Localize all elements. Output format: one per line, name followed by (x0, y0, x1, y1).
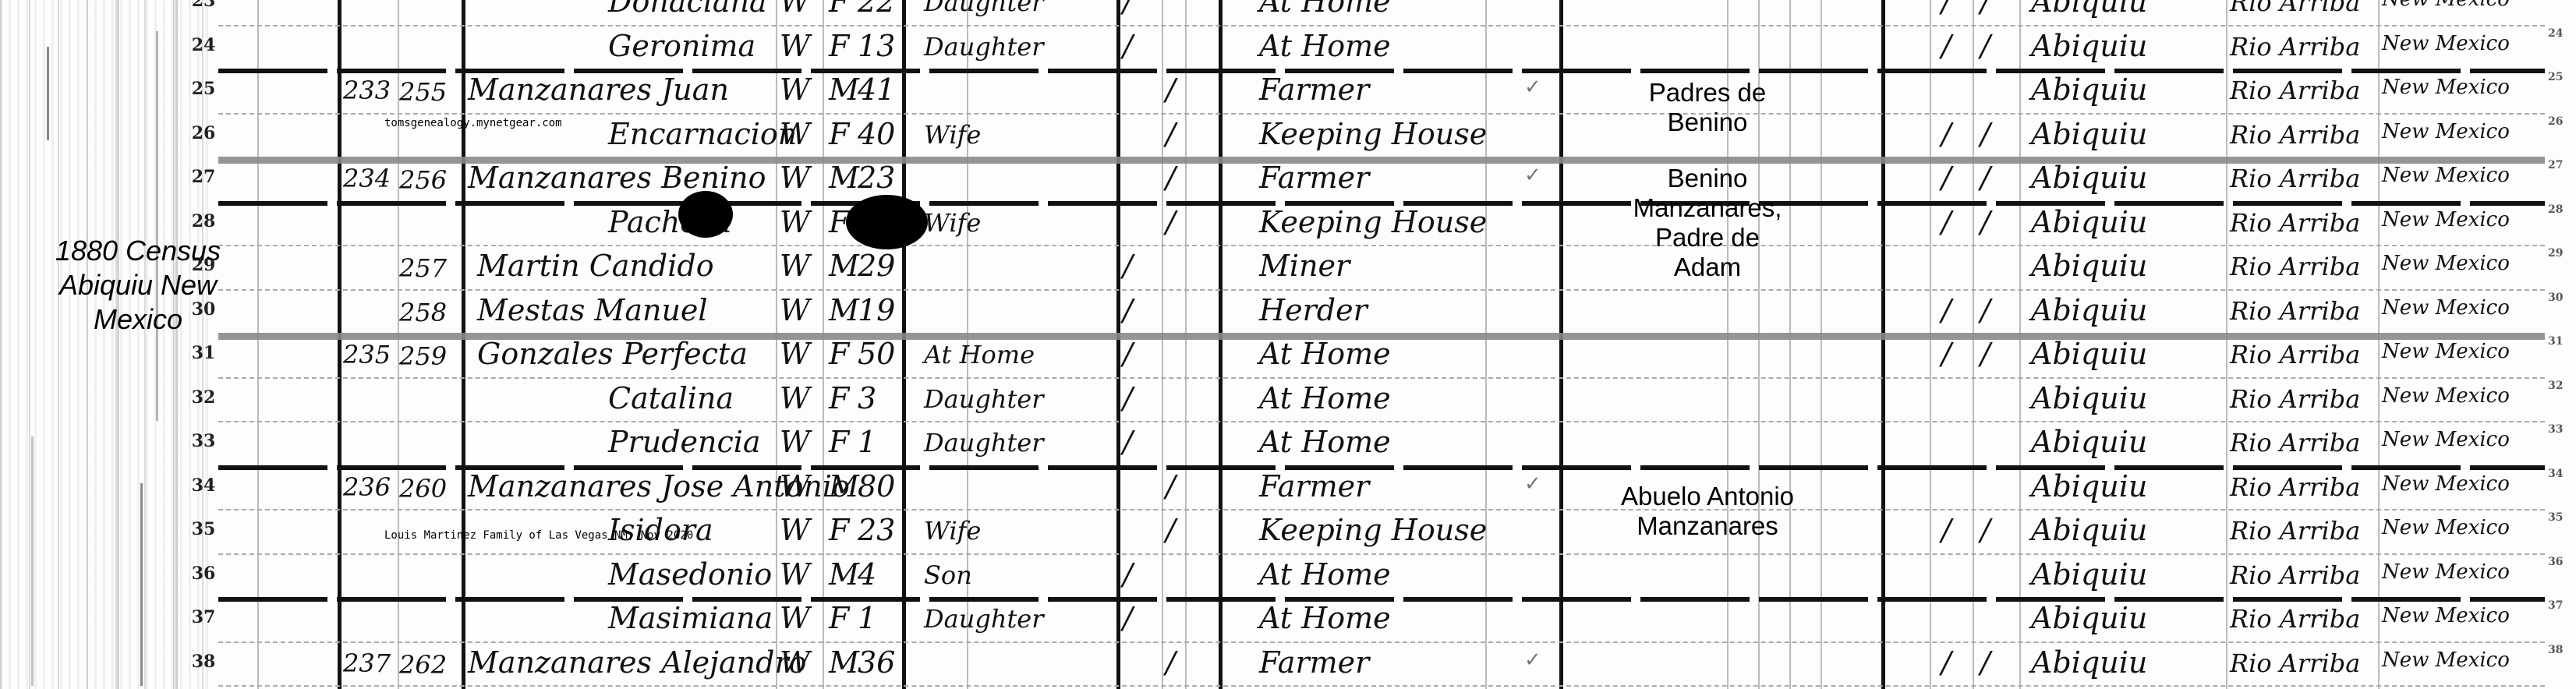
line-number-right: 24 (2548, 27, 2571, 40)
father-birthplace: Rio Arriba (2230, 516, 2360, 546)
mark-b: / (1980, 205, 1990, 239)
mother-birthplace: New Mexico (2382, 208, 2510, 231)
family-number: 259 (399, 341, 447, 371)
person-name: Manzanares Benino (468, 161, 766, 195)
father-birthplace: Rio Arriba (2230, 428, 2360, 458)
birthplace: Abiquiu (2031, 29, 2147, 63)
birthplace: Abiquiu (2031, 293, 2147, 327)
age: 29 (858, 249, 895, 283)
annotation-line: Abuelo Antonio (1559, 482, 1856, 511)
age: 23 (858, 161, 895, 195)
line-number-right: 33 (2548, 423, 2571, 436)
sex: F (829, 513, 849, 547)
birthplace: Abiquiu (2031, 337, 2147, 371)
race: W (780, 601, 810, 635)
mark-b: / (1980, 0, 1990, 19)
person-name: Gonzales Perfecta (477, 337, 748, 371)
relationship: At Home (924, 340, 1035, 369)
race: W (780, 0, 810, 19)
occupation: At Home (1259, 381, 1391, 415)
watermark-site: tomsgenealogy.mynetgear.com (384, 117, 562, 129)
age: 4 (858, 557, 876, 592)
mark-b: / (1980, 337, 1990, 371)
table-row: 3434236260Manzanares Jose AntonioWM80/Fa… (0, 468, 2576, 512)
mark-a: / (1941, 117, 1951, 151)
family-number: 255 (399, 77, 447, 107)
line-number: 23 (184, 0, 223, 11)
mark-b: / (1980, 513, 1990, 547)
occupation: Miner (1259, 249, 1350, 283)
mark-a: / (1941, 293, 1951, 327)
race: W (780, 72, 810, 107)
age: 1 (858, 425, 876, 459)
age: 13 (858, 29, 895, 63)
age: 40 (858, 117, 895, 151)
mother-birthplace: New Mexico (2382, 472, 2510, 496)
checkmark: ✓ (1524, 648, 1541, 672)
table-row: 3030258Mestas ManuelWM19/Herder//Abiquiu… (0, 291, 2576, 336)
father-birthplace: Rio Arriba (2230, 32, 2360, 62)
race: W (780, 205, 810, 239)
person-name: Geronima (608, 29, 755, 63)
sex: F (829, 425, 849, 459)
occupation: Farmer (1259, 645, 1369, 680)
occupation: Keeping House (1259, 513, 1487, 547)
occupation: At Home (1259, 0, 1391, 19)
sex: M (829, 161, 859, 195)
relationship: Daughter (924, 604, 1044, 634)
age: 41 (858, 72, 895, 107)
mother-birthplace: New Mexico (2382, 516, 2510, 539)
race: W (780, 293, 810, 327)
family-number: 260 (399, 474, 447, 503)
relationship: Wife (924, 208, 981, 238)
sex: F (829, 381, 849, 415)
line-number: 37 (184, 607, 223, 627)
mark-b: / (1980, 117, 1990, 151)
mark-a: / (1941, 0, 1951, 19)
table-row: 3636MasedonioWM4Son/At HomeAbiquiuRio Ar… (0, 556, 2576, 600)
race: W (780, 469, 810, 503)
annotation-line: Padres de (1559, 78, 1856, 108)
dwelling-number: 233 (343, 76, 391, 105)
father-birthplace: Rio Arriba (2230, 340, 2360, 369)
annotation-abuelo: Abuelo Antonio Manzanares (1559, 482, 1856, 541)
birthplace: Abiquiu (2031, 381, 2147, 415)
ink-blot (846, 195, 928, 249)
birthplace: Abiquiu (2031, 249, 2147, 283)
sex: F (829, 117, 849, 151)
mother-birthplace: New Mexico (2382, 120, 2510, 143)
single-mark: / (1123, 29, 1133, 63)
line-number: 38 (184, 652, 223, 672)
line-number-right: 34 (2548, 468, 2571, 480)
family-number: 256 (399, 165, 447, 195)
line-number: 35 (184, 519, 223, 539)
age: 50 (858, 337, 895, 371)
father-birthplace: Rio Arriba (2230, 120, 2360, 150)
race: W (780, 337, 810, 371)
person-name: Manzanares Alejandro (468, 645, 806, 680)
sex: M (829, 469, 859, 503)
single-mark: / (1123, 0, 1133, 19)
checkmark: ✓ (1524, 76, 1541, 99)
relationship: Wife (924, 120, 981, 150)
line-number: 34 (184, 475, 223, 496)
age: 3 (858, 381, 876, 415)
ink-blot (678, 191, 733, 238)
birthplace: Abiquiu (2031, 601, 2147, 635)
mother-birthplace: New Mexico (2382, 340, 2510, 363)
line-number-right: 30 (2548, 291, 2571, 304)
mark-b: / (1980, 161, 1990, 195)
title-line: Abiquiu New (41, 268, 235, 302)
birthplace: Abiquiu (2031, 161, 2147, 195)
mark-a: / (1941, 205, 1951, 239)
mother-birthplace: New Mexico (2382, 560, 2510, 584)
line-number: 36 (184, 564, 223, 584)
mother-birthplace: New Mexico (2382, 648, 2510, 672)
mark-a: / (1941, 513, 1951, 547)
person-name: Masimiana (608, 601, 773, 635)
annotation-padres: Padres de Benino (1559, 78, 1856, 137)
annotation-line: Padre de (1559, 223, 1856, 253)
line-number-right: 29 (2548, 247, 2571, 260)
mother-birthplace: New Mexico (2382, 296, 2510, 320)
birthplace: Abiquiu (2031, 205, 2147, 239)
relationship: Son (924, 560, 972, 590)
mark-a: / (1941, 645, 1951, 680)
annotation-line: Adam (1559, 253, 1856, 282)
line-number-right: 32 (2548, 380, 2571, 392)
person-name: Masedonio (608, 557, 772, 592)
person-name: Donaciana (608, 0, 767, 19)
birthplace: Abiquiu (2031, 0, 2147, 19)
line-number: 28 (184, 211, 223, 231)
line-number-right: 28 (2548, 203, 2571, 216)
single-mark: / (1123, 601, 1133, 635)
table-row: 3131235259Gonzales PerfectaWF50At Home/A… (0, 335, 2576, 380)
birthplace: Abiquiu (2031, 645, 2147, 680)
table-row: 2424GeronimaWF13Daughter/At Home//Abiqui… (0, 27, 2576, 72)
sex: F (829, 337, 849, 371)
mark-b: / (1980, 645, 1990, 680)
mark-a: / (1941, 29, 1951, 63)
mark-a: / (1941, 161, 1951, 195)
family-number: 257 (399, 253, 447, 283)
line-number-right: 35 (2548, 511, 2571, 524)
mother-birthplace: New Mexico (2382, 384, 2510, 408)
birthplace: Abiquiu (2031, 72, 2147, 107)
single-mark: / (1123, 337, 1133, 371)
line-number-right: 26 (2548, 115, 2571, 128)
title-line: 1880 Census (41, 234, 235, 268)
father-birthplace: Rio Arriba (2230, 384, 2360, 414)
line-number: 33 (184, 431, 223, 451)
relationship: Wife (924, 516, 981, 546)
race: W (780, 381, 810, 415)
annotation-line: Benino (1559, 164, 1856, 193)
sex: M (829, 557, 859, 592)
line-number-right: 25 (2548, 71, 2571, 83)
mother-birthplace: New Mexico (2382, 252, 2510, 275)
race: W (780, 29, 810, 63)
married-mark: / (1166, 513, 1176, 547)
occupation: Keeping House (1259, 117, 1487, 151)
dwelling-number: 236 (343, 472, 391, 502)
father-birthplace: Rio Arriba (2230, 76, 2360, 105)
race: W (780, 117, 810, 151)
dwelling-number: 237 (343, 648, 391, 678)
line-number: 25 (184, 79, 223, 99)
race: W (780, 557, 810, 592)
line-number-right: 36 (2548, 556, 2571, 568)
age: 80 (858, 469, 895, 503)
table-row: 3737MasimianaWF1Daughter/At HomeAbiquiuR… (0, 599, 2576, 644)
race: W (780, 645, 810, 680)
dwelling-number: 234 (343, 164, 391, 193)
annotation-benino: Benino Manzanares, Padre de Adam (1559, 164, 1856, 282)
person-name: Catalina (608, 381, 734, 415)
table-row: 2727234256Manzanares BeninoWM23/Farmer✓/… (0, 159, 2576, 203)
father-birthplace: Rio Arriba (2230, 648, 2360, 678)
mother-birthplace: New Mexico (2382, 604, 2510, 627)
table-row: 2929257Martin CandidoWM29/MinerAbiquiuRi… (0, 247, 2576, 291)
age: 23 (858, 513, 895, 547)
table-row: 3333PrudenciaWF1Daughter/At HomeAbiquiuR… (0, 423, 2576, 468)
title-line: Mexico (41, 302, 235, 337)
line-number-right: 38 (2548, 644, 2571, 656)
age: 19 (858, 293, 895, 327)
birthplace: Abiquiu (2031, 117, 2147, 151)
occupation: Farmer (1259, 469, 1369, 503)
married-mark: / (1166, 117, 1176, 151)
sex: M (829, 293, 859, 327)
sex: M (829, 72, 859, 107)
birthplace: Abiquiu (2031, 425, 2147, 459)
overlay-title: 1880 Census Abiquiu New Mexico (41, 234, 235, 337)
mother-birthplace: New Mexico (2382, 0, 2510, 11)
mother-birthplace: New Mexico (2382, 164, 2510, 187)
person-name: Prudencia (608, 425, 761, 459)
occupation: At Home (1259, 425, 1391, 459)
single-mark: / (1123, 293, 1133, 327)
single-mark: / (1123, 425, 1133, 459)
single-mark: / (1123, 557, 1133, 592)
married-mark: / (1166, 205, 1176, 239)
census-page: 2323DonacianaWF22Daughter/At Home//Abiqu… (0, 0, 2576, 689)
line-number: 24 (184, 35, 223, 55)
father-birthplace: Rio Arriba (2230, 560, 2360, 590)
occupation: At Home (1259, 557, 1391, 592)
line-number: 27 (184, 167, 223, 187)
line-number: 31 (184, 343, 223, 363)
mother-birthplace: New Mexico (2382, 76, 2510, 99)
father-birthplace: Rio Arriba (2230, 164, 2360, 193)
checkmark: ✓ (1524, 164, 1541, 187)
table-row: 3838237262Manzanares AlejandroWM36/Farme… (0, 644, 2576, 688)
annotation-line: Benino (1559, 108, 1856, 137)
person-name: Martin Candido (477, 249, 714, 283)
checkmark: ✓ (1524, 472, 1541, 496)
married-mark: / (1166, 469, 1176, 503)
age: 36 (858, 645, 895, 680)
father-birthplace: Rio Arriba (2230, 296, 2360, 326)
married-mark: / (1166, 645, 1176, 680)
occupation: Farmer (1259, 72, 1369, 107)
watermark-credit: Louis Martinez Family of Las Vegas NM, N… (384, 529, 693, 542)
birthplace: Abiquiu (2031, 513, 2147, 547)
mark-b: / (1980, 293, 1990, 327)
father-birthplace: Rio Arriba (2230, 252, 2360, 281)
sex: M (829, 249, 859, 283)
mark-a: / (1941, 337, 1951, 371)
married-mark: / (1166, 72, 1176, 107)
relationship: Daughter (924, 384, 1044, 414)
line-number: 26 (184, 123, 223, 143)
family-number: 258 (399, 298, 447, 327)
person-name: Manzanares Juan (468, 72, 729, 107)
family-number: 262 (399, 650, 447, 680)
mother-birthplace: New Mexico (2382, 428, 2510, 451)
occupation: At Home (1259, 337, 1391, 371)
occupation: Herder (1259, 293, 1368, 327)
occupation: Farmer (1259, 161, 1369, 195)
line-number-right: 31 (2548, 335, 2571, 348)
relationship: Daughter (924, 428, 1044, 458)
line-number-right: 37 (2548, 599, 2571, 612)
race: W (780, 161, 810, 195)
sex: F (829, 0, 849, 19)
father-birthplace: Rio Arriba (2230, 472, 2360, 502)
line-number: 32 (184, 387, 223, 408)
age: 1 (858, 601, 876, 635)
table-row: 2323DonacianaWF22Daughter/At Home//Abiqu… (0, 0, 2576, 27)
birthplace: Abiquiu (2031, 557, 2147, 592)
person-name: Mestas Manuel (477, 293, 708, 327)
age: 22 (858, 0, 895, 19)
dwelling-number: 235 (343, 340, 391, 369)
father-birthplace: Rio Arriba (2230, 208, 2360, 238)
occupation: At Home (1259, 29, 1391, 63)
race: W (780, 249, 810, 283)
table-row: 2828PachecaWFWife/Keeping House//Abiquiu… (0, 203, 2576, 248)
single-mark: / (1123, 381, 1133, 415)
father-birthplace: Rio Arriba (2230, 0, 2360, 17)
table-row: 2525233255Manzanares JuanWM41/Farmer✓Abi… (0, 71, 2576, 115)
annotation-line: Manzanares (1559, 511, 1856, 541)
occupation: At Home (1259, 601, 1391, 635)
sex: M (829, 645, 859, 680)
married-mark: / (1166, 161, 1176, 195)
race: W (780, 513, 810, 547)
person-name: Encarnacion (608, 117, 797, 151)
occupation: Keeping House (1259, 205, 1487, 239)
race: W (780, 425, 810, 459)
mark-b: / (1980, 29, 1990, 63)
father-birthplace: Rio Arriba (2230, 604, 2360, 634)
sex: F (829, 29, 849, 63)
line-number-right: 27 (2548, 159, 2571, 171)
sex: F (829, 601, 849, 635)
relationship: Daughter (924, 32, 1044, 62)
birthplace: Abiquiu (2031, 469, 2147, 503)
table-row: 3232CatalinaWF3Daughter/At HomeAbiquiuRi… (0, 380, 2576, 424)
mother-birthplace: New Mexico (2382, 32, 2510, 55)
relationship: Daughter (924, 0, 1044, 17)
annotation-line: Manzanares, (1559, 193, 1856, 223)
single-mark: / (1123, 249, 1133, 283)
